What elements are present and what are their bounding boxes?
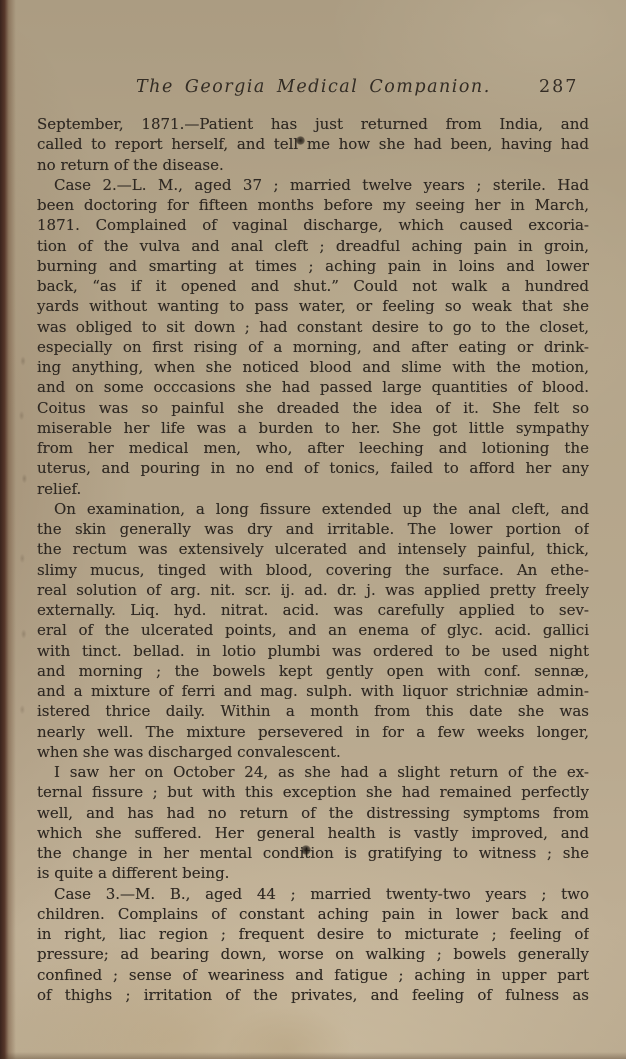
text-line: 1871. Complained of vaginal discharge, w… — [37, 215, 589, 235]
text-line: and morning ; the bowels kept gently ope… — [37, 661, 589, 681]
text-line: yards without wanting to pass water, or … — [37, 296, 589, 316]
text-line: miserable her life was a burden to her. … — [37, 418, 589, 438]
text-line: with tinct. bellad. in lotio plumbi was … — [37, 641, 589, 661]
text-line: the skin generally was dry and irritable… — [37, 519, 589, 539]
text-line: I saw her on October 24, as she had a sl… — [37, 762, 589, 782]
text-line: Case 3.—M. B., aged 44 ; married twenty-… — [37, 884, 589, 904]
text-line: ing anything, when she noticed blood and… — [37, 357, 589, 377]
text-line: of thighs ; irritation of the privates, … — [37, 985, 589, 1005]
text-line: is quite a different being. — [37, 863, 589, 883]
text-line: Coitus was so painful she dreaded the id… — [37, 398, 589, 418]
book-gutter-shadow — [0, 0, 16, 1059]
text-line: and a mixture of ferri and mag. sulph. w… — [37, 681, 589, 701]
text-line: been doctoring for fifteen months before… — [37, 195, 589, 215]
text-line: burning and smarting at times ; aching p… — [37, 256, 589, 276]
scanned-book-page: The Georgia Medical Companion. 287 Septe… — [0, 0, 626, 1059]
text-line: real solution of arg. nit. scr. ij. ad. … — [37, 580, 589, 600]
text-line: relief. — [37, 479, 589, 499]
text-line: tion of the vulva and anal cleft ; dread… — [37, 236, 589, 256]
page-number: 287 — [539, 77, 578, 97]
text-line: September, 1871.—Patient has just return… — [37, 114, 589, 134]
text-line: ternal fissure ; but with this exception… — [37, 782, 589, 802]
text-line: in right, liac region ; frequent desire … — [37, 924, 589, 944]
text-line: the rectum was extensively ulcerated and… — [37, 539, 589, 559]
text-line: slimy mucus, tinged with blood, covering… — [37, 560, 589, 580]
text-line: istered thrice daily. Within a month fro… — [37, 701, 589, 721]
text-line: no return of the disease. — [37, 155, 589, 175]
text-line: nearly well. The mixture persevered in f… — [37, 722, 589, 742]
text-line: On examination, a long fissure extended … — [37, 499, 589, 519]
show-through-marks — [16, 340, 30, 760]
text-line: especially on first rising of a morning,… — [37, 337, 589, 357]
text-line: when she was discharged convalescent. — [37, 742, 589, 762]
text-line: called to report herself, and tell me ho… — [37, 134, 589, 154]
text-line: from her medical men, who, after leechin… — [37, 438, 589, 458]
text-line: back, “as if it opened and shut.” Could … — [37, 276, 589, 296]
text-line: confined ; sense of weariness and fatigu… — [37, 965, 589, 985]
text-line: Case 2.—L. M., aged 37 ; married twelve … — [37, 175, 589, 195]
text-line: the change in her mental condition is gr… — [37, 843, 589, 863]
text-line: which she suffered. Her general health i… — [37, 823, 589, 843]
text-line: eral of the ulcerated points, and an ene… — [37, 620, 589, 640]
page-body: September, 1871.—Patient has just return… — [37, 114, 589, 1005]
running-title: The Georgia Medical Companion. — [136, 77, 491, 97]
page-header: The Georgia Medical Companion. 287 — [0, 77, 626, 101]
text-line: uterus, and pouring in no end of tonics,… — [37, 458, 589, 478]
page-bottom-shadow — [0, 1052, 626, 1059]
text-line: and on some occcasions she had passed la… — [37, 377, 589, 397]
text-line: externally. Liq. hyd. nitrat. acid. was … — [37, 600, 589, 620]
text-line: pressure; ad bearing down, worse on walk… — [37, 944, 589, 964]
text-line: well, and has had no return of the distr… — [37, 803, 589, 823]
text-line: was obliged to sit down ; had constant d… — [37, 317, 589, 337]
text-line: children. Complains of constant aching p… — [37, 904, 589, 924]
